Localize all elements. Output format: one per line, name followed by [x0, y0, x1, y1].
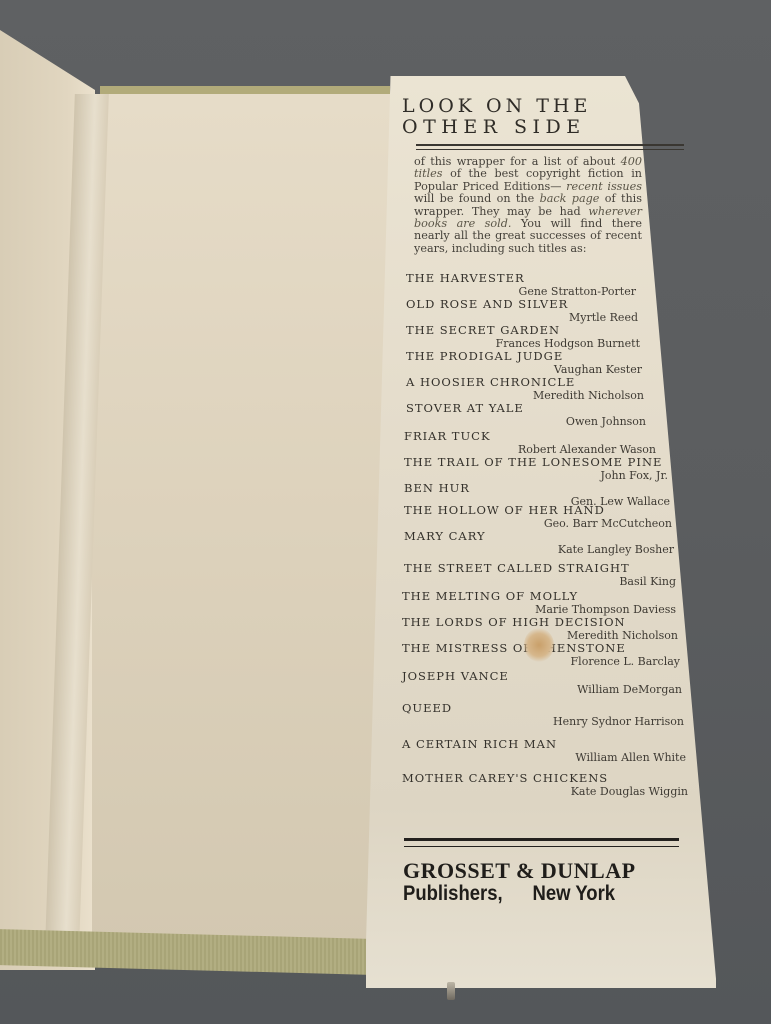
book-list-item: THE TRAIL OF THE LONESOME PINEJohn Fox, …: [404, 456, 668, 482]
book-title: FRIAR TUCK: [404, 430, 656, 443]
book-list-item: THE SECRET GARDENFrances Hodgson Burnett: [406, 324, 640, 350]
cover-cloth-top-edge: [100, 86, 390, 94]
publisher-name: GROSSET & DUNLAP: [403, 858, 636, 884]
book-list-item: A HOOSIER CHRONICLEMeredith Nicholson: [406, 376, 644, 402]
book-author: Henry Sydnor Harrison: [402, 715, 684, 728]
book-list-item: JOSEPH VANCEWilliam DeMorgan: [402, 670, 682, 696]
book-list-item: FRIAR TUCKRobert Alexander Wason: [404, 430, 656, 456]
flap-headline: LOOK ON THE OTHER SIDE: [402, 96, 692, 138]
book-title: THE TRAIL OF THE LONESOME PINE: [404, 456, 668, 469]
book-title: STOVER AT YALE: [406, 402, 646, 415]
book-title: THE HARVESTER: [406, 272, 636, 285]
book-title: THE SECRET GARDEN: [406, 324, 640, 337]
book-title: THE HOLLOW OF HER HAND: [404, 504, 672, 517]
book-list-item: A CERTAIN RICH MANWilliam Allen White: [402, 738, 686, 764]
book-author: Kate Langley Bosher: [404, 543, 674, 556]
intro-paragraph: of this wrapper for a list of about 400 …: [414, 156, 642, 255]
book-author: Basil King: [404, 575, 676, 588]
book-author: William Allen White: [402, 751, 686, 764]
book-title: OLD ROSE AND SILVER: [406, 298, 638, 311]
headline-rule: [416, 144, 684, 150]
headline-line-1: LOOK ON THE: [402, 96, 692, 117]
book-list-item: STOVER AT YALEOwen Johnson: [406, 402, 646, 428]
book-title: MARY CARY: [404, 530, 674, 543]
book-list-item: OLD ROSE AND SILVERMyrtle Reed: [406, 298, 638, 324]
book-title: THE PRODIGAL JUDGE: [406, 350, 642, 363]
publisher-rule: [404, 838, 679, 847]
headline-line-2: OTHER SIDE: [402, 117, 692, 138]
book-list-item: THE STREET CALLED STRAIGHTBasil King: [404, 562, 676, 588]
book-title: BEN HUR: [404, 482, 670, 495]
book-list-item: THE HOLLOW OF HER HANDGeo. Barr McCutche…: [404, 504, 672, 530]
book-list-item: THE PRODIGAL JUDGEVaughan Kester: [406, 350, 642, 376]
book-list-item: MOTHER CAREY'S CHICKENSKate Douglas Wigg…: [402, 772, 688, 798]
book-title: QUEED: [402, 702, 684, 715]
book-list-item: THE MELTING OF MOLLYMarie Thompson Davie…: [402, 590, 676, 616]
book-title: MOTHER CAREY'S CHICKENS: [402, 772, 688, 785]
book-title: THE MELTING OF MOLLY: [402, 590, 676, 603]
book-title: THE STREET CALLED STRAIGHT: [404, 562, 676, 575]
book-author: Kate Douglas Wiggin: [402, 785, 688, 798]
paper-stain: [524, 628, 554, 662]
book-title: A HOOSIER CHRONICLE: [406, 376, 644, 389]
book-title: JOSEPH VANCE: [402, 670, 682, 683]
book-title: A CERTAIN RICH MAN: [402, 738, 686, 751]
book-list-item: QUEEDHenry Sydnor Harrison: [402, 702, 684, 728]
book-author: William DeMorgan: [402, 683, 682, 696]
flap-content: LOOK ON THE OTHER SIDE of this wrapper f…: [402, 96, 692, 258]
loose-thread: [447, 982, 455, 1000]
book-author: Owen Johnson: [406, 415, 646, 428]
publisher-location: Publishers,New York: [403, 882, 615, 906]
book-list-item: MARY CARYKate Langley Bosher: [404, 530, 674, 556]
blank-endpaper: [92, 94, 392, 944]
book-list-item: THE HARVESTERGene Stratton-Porter: [406, 272, 636, 298]
